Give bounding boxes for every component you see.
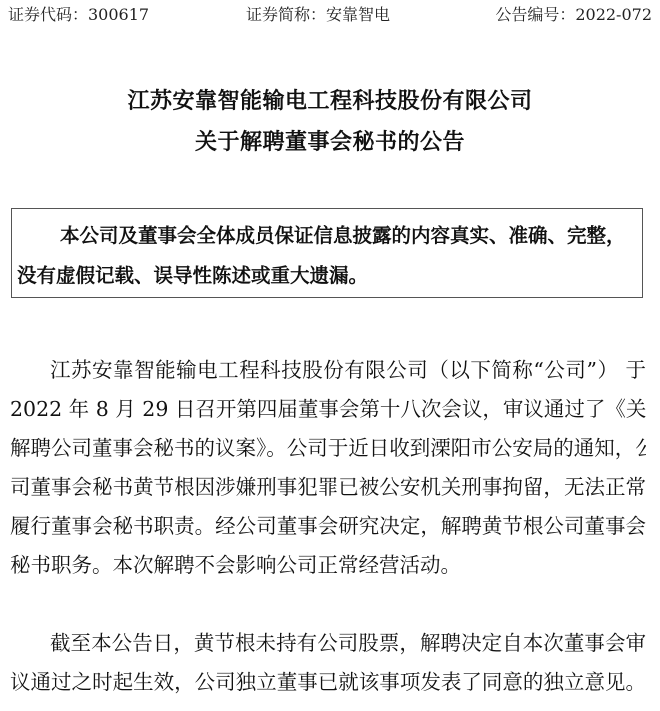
disclosure-line-2: 没有虚假记载、误导性陈述或重大遗漏。 xyxy=(17,260,368,288)
paragraph-line: 秘书职务。本次解聘不会影响公司正常经营活动。 xyxy=(10,546,646,585)
paragraph-line: 江苏安靠智能输电工程科技股份有限公司（以下简称“公司”） 于 xyxy=(10,351,646,390)
body-paragraph-2: 截至本公告日，黄节根未持有公司股票，解聘决定自本次董事会审 议通过之时起生效，公… xyxy=(10,624,646,702)
stock-abbreviation: 证券简称：安靠智电 xyxy=(246,0,390,30)
disclosure-line-1: 本公司及董事会全体成员保证信息披露的内容真实、准确、完整， xyxy=(60,220,626,248)
company-name-title: 江苏安靠智能输电工程科技股份有限公司 xyxy=(0,84,660,115)
paragraph-line: 履行董事会秘书职责。经公司董事会研究决定，解聘黄节根公司董事会 xyxy=(10,507,646,546)
announcement-number: 公告编号：2022-072 xyxy=(495,0,652,30)
paragraph-line: 司董事会秘书黄节根因涉嫌刑事犯罪已被公安机关刑事拘留，无法正常 xyxy=(10,468,646,507)
body-paragraph-1: 江苏安靠智能输电工程科技股份有限公司（以下简称“公司”） 于 2022 年 8 … xyxy=(10,351,646,585)
disclosure-statement-box: 本公司及董事会全体成员保证信息披露的内容真实、准确、完整， 没有虚假记载、误导性… xyxy=(11,208,643,298)
paragraph-line: 解聘公司董事会秘书的议案》。公司于近日收到溧阳市公安局的通知，公 xyxy=(10,429,646,468)
announcement-subject-title: 关于解聘董事会秘书的公告 xyxy=(0,125,660,156)
paragraph-line: 2022 年 8 月 29 日召开第四届董事会第十八次会议，审议通过了《关于 xyxy=(10,390,646,429)
paragraph-line: 议通过之时起生效，公司独立董事已就该事项发表了同意的独立意见。 xyxy=(10,663,646,702)
stock-code: 证券代码：300617 xyxy=(8,0,149,30)
paragraph-line: 截至本公告日，黄节根未持有公司股票，解聘决定自本次董事会审 xyxy=(10,624,646,663)
document-header: 证券代码：300617 证券简称：安靠智电 公告编号：2022-072 xyxy=(0,0,660,30)
